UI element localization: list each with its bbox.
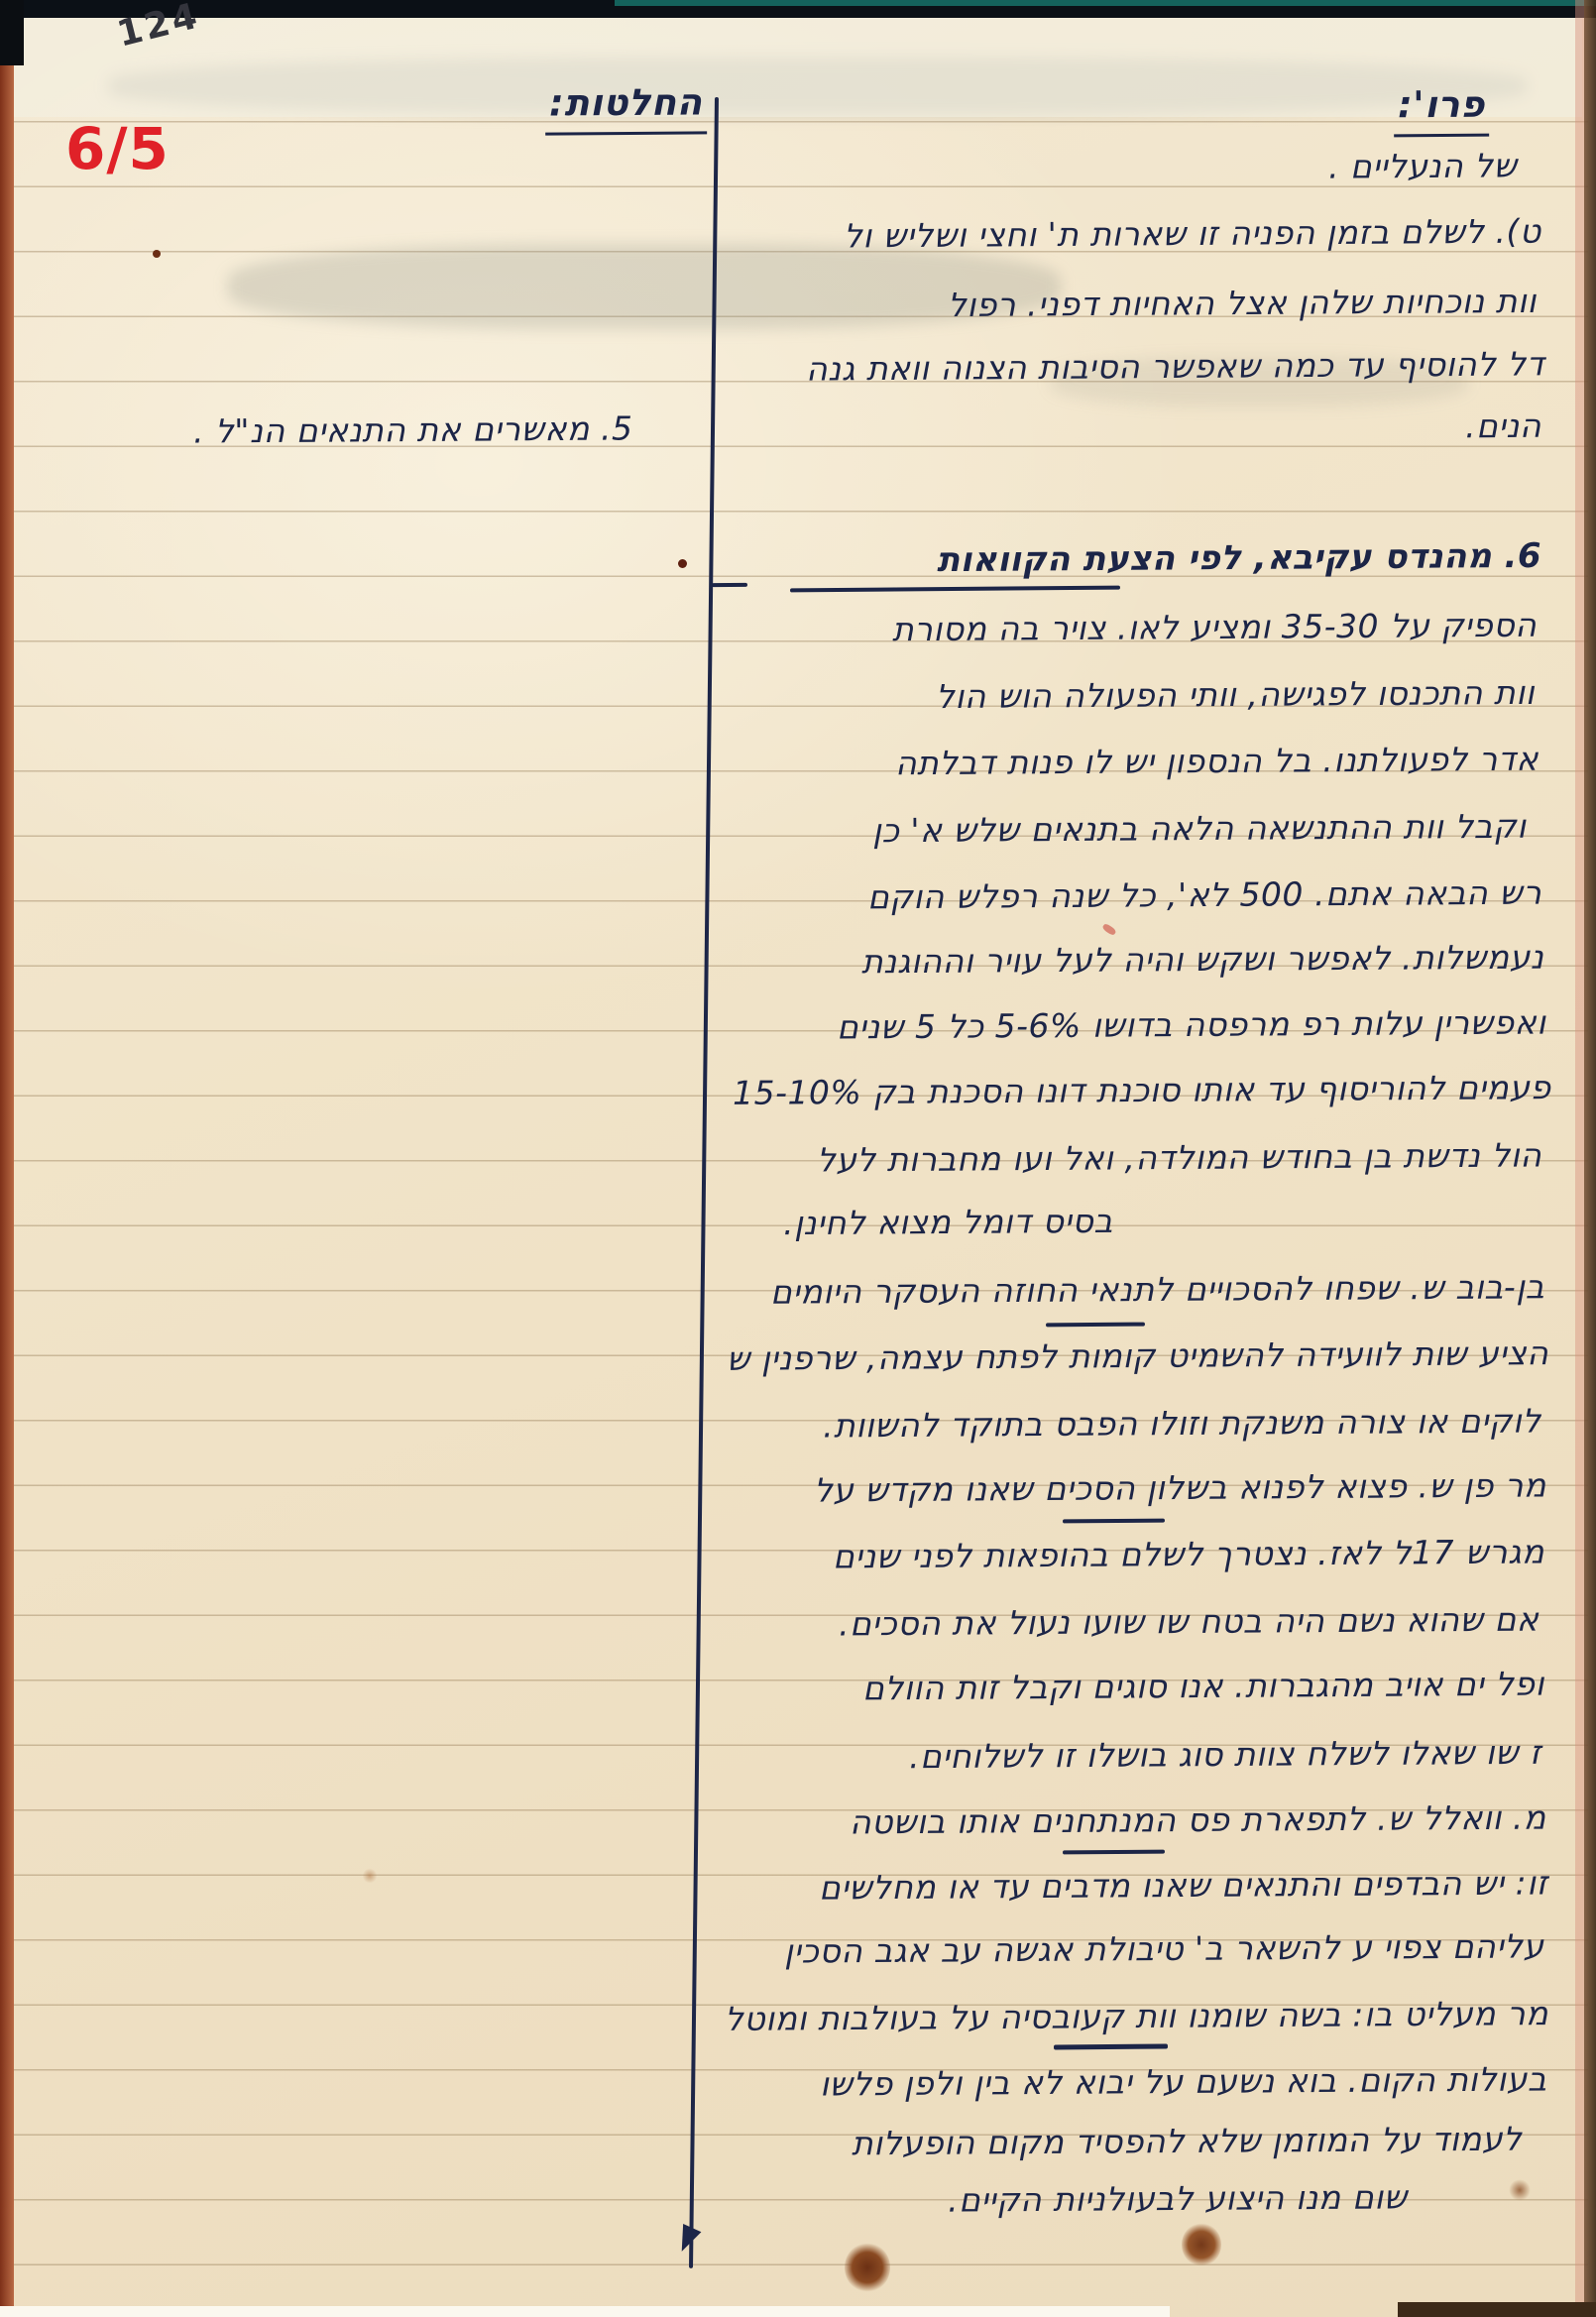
speaker-line: בן-בוב ש. שפחו להסכויים לתנאי החוזה העסק… <box>770 1269 1545 1311</box>
scan-corner-top-left <box>0 0 24 65</box>
ink-dash <box>712 583 747 587</box>
paper-stain <box>845 2243 890 2292</box>
handwritten-line: הנים. <box>1465 408 1541 445</box>
handwritten-line: אדר לפעולתנו. בל הנספון יש לו פנות דבלתה <box>895 742 1539 782</box>
scan-edge-right <box>1584 0 1596 2317</box>
handwritten-line: מגרש 17ל לאז. נצטרך לשלם בהופאות לפני שנ… <box>833 1534 1544 1574</box>
handwritten-line: ופל ים אויב מהגברות. אנו סוגים וקבל זות … <box>862 1667 1544 1707</box>
handwritten-line: ואפשרין עלות רפ מרפסה בדושו 5-6% כל 5 שנ… <box>837 1005 1546 1046</box>
paper-stain <box>363 1868 377 1884</box>
handwritten-line: שום מנו היצוע לבעולניות הקיים. <box>948 2179 1408 2219</box>
scan-edge-bottom <box>0 2306 1170 2317</box>
paper-shading <box>14 18 1582 117</box>
handwritten-line: של הנעליים . <box>1327 148 1517 185</box>
handwritten-line: רש הבאה אתם. 500 לא', כל שנה רפלש הוקם <box>867 875 1542 916</box>
scan-edge-left <box>0 16 14 2317</box>
handwritten-line: דל להוסיף עד כמה שאפשר הסיבות הצנוה וואת… <box>806 346 1544 387</box>
scanned-notebook-page: 124 6/5 החלטות: פרו': 5. מאשרים את התנאי… <box>0 0 1596 2317</box>
handwritten-line: בעולות הקום. בוא נשעם על יבוא לא בין ולפ… <box>819 2061 1546 2102</box>
handwritten-line: פעמים להוריסוף עד אותו סוכנת דונו הסכנת … <box>733 1070 1551 1111</box>
ink-speck <box>153 250 161 258</box>
handwritten-line: הציע שות לוועידה להשמיט קומות לפתח עצמה,… <box>727 1335 1549 1377</box>
section-heading: 6. מהנדס עקיבא, לפי הצעת הקוואות <box>937 538 1541 580</box>
handwritten-line: אם שהוא נשם היה בטח שו שועו נעול את הסכי… <box>839 1602 1539 1643</box>
ink-underline <box>1054 2043 1168 2049</box>
handwritten-line: עליהם צפוי ע להשאר ב' טיבולת אגשה עב אגב… <box>784 1928 1544 1970</box>
handwritten-line: לעמוד על המוזמן שלא להפסיד מקום הופעלות <box>852 2122 1523 2162</box>
ink-speck <box>678 559 687 568</box>
speaker-line: מר מעליט בו: בשה שומנו וות קעובסיה על בע… <box>725 1996 1548 2037</box>
handwritten-line: ט). לשלם בזמן הפניה זו שארות ת' וחצי ושל… <box>844 214 1541 255</box>
ink-bleedthrough <box>228 244 1061 329</box>
handwritten-line: נעמשלות. לאפשר ושקש והיה לעל עויר וההוגנ… <box>861 940 1544 981</box>
handwritten-line: זו: יש הבדפים והתנאים שאנו מדבים עד או מ… <box>819 1865 1548 1906</box>
handwritten-line: בסיס דומל מצוא לחינן. <box>783 1204 1113 1242</box>
paper-stain <box>1182 2223 1221 2266</box>
handwritten-line: וקבל וות ההתנשאה הלאה בתנאים שלש א' כן <box>872 809 1527 850</box>
red-archive-stamp: 6/5 <box>65 115 170 182</box>
scan-corner-bottom-right <box>1398 2302 1596 2317</box>
speaker-line: מ. וואלל ש. לתפארת פס המנתחנים אותו בושט… <box>850 1800 1546 1841</box>
handwritten-line: הספיק על 35-30 ומציע לאו. צויר בה מסורת <box>892 608 1538 648</box>
handwritten-line: ז שו שאלו לשלח צוות סוג בושלו זו לשלוחים… <box>909 1735 1541 1776</box>
left-column-header: החלטות: <box>545 82 707 135</box>
handwritten-line: לוקים או צורה משנקת וזולו הפבס בתוקד להש… <box>823 1403 1541 1444</box>
scan-edge-right-pink <box>1575 0 1584 2317</box>
handwritten-line: וות התכנסו לפגישה, וותי הפעולה הוש הול <box>936 675 1535 716</box>
right-column-header: פרו': <box>1394 85 1489 137</box>
speaker-line: מר פן ש. פצוא לפנוא בשלון הסכים שאנו מקד… <box>814 1467 1546 1508</box>
scan-edge-top-teal <box>615 0 1596 6</box>
paper-stain <box>1509 2179 1531 2201</box>
handwritten-line: וות נוכחיות שלהן אצל האחיות דפני. רפול <box>948 284 1537 323</box>
handwritten-line: הול נדשת בן בחודש המולדה, ואל ועו מחברות… <box>817 1137 1542 1178</box>
decision-note: 5. מאשרים את התנאים הנ"ל . <box>192 410 632 449</box>
